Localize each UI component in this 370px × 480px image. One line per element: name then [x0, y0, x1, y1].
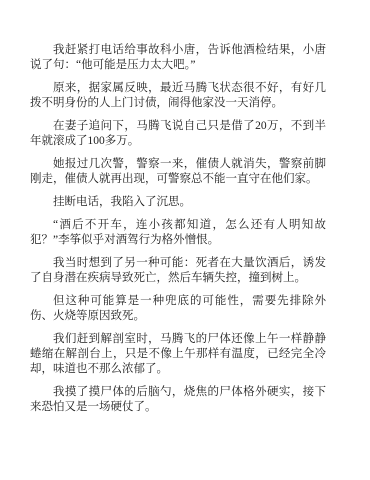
paragraph-6: “酒后不开车，连小孩都知道，怎么还有人明知故犯？”李筝似乎对酒驾行为格外憎恨。: [30, 218, 326, 248]
paragraph-2: 原来，据家属反映，最近马腾飞状态很不好，有好几拨不明身份的人上门讨债，闹得他家没…: [30, 81, 326, 111]
paragraph-9: 我们赶到解剖室时，马腾飞的尸体还像上午一样静静蜷缩在解剖台上，只是不像上午那样有…: [30, 332, 326, 377]
paragraph-10: 我摸了摸尸体的后脑勺，烧焦的尸体格外硬实，接下来恐怕又是一场硬仗了。: [30, 385, 326, 415]
paragraph-4: 她报过几次警，警察一来，催债人就消失，警察前脚刚走，催债人就再出现，可警察总不能…: [30, 157, 326, 187]
paragraph-3: 在妻子追问下，马腾飞说自己只是借了20万，不到半年就滚成了100多万。: [30, 119, 326, 149]
paragraph-8: 但这种可能算是一种兜底的可能性，需要先排除外伤、火烧等原因致死。: [30, 294, 326, 324]
paragraph-7: 我当时想到了另一种可能：死者在大量饮酒后，诱发了自身潜在疾病导致死亡，然后车辆失…: [30, 256, 326, 286]
reader-page: 我赶紧打电话给事故科小唐，告诉他酒检结果，小唐说了句：“他可能是压力太大吧。” …: [0, 0, 370, 480]
paragraph-1: 我赶紧打电话给事故科小唐，告诉他酒检结果，小唐说了句：“他可能是压力太大吧。”: [30, 43, 326, 73]
paragraph-5: 挂断电话，我陷入了沉思。: [30, 195, 326, 210]
